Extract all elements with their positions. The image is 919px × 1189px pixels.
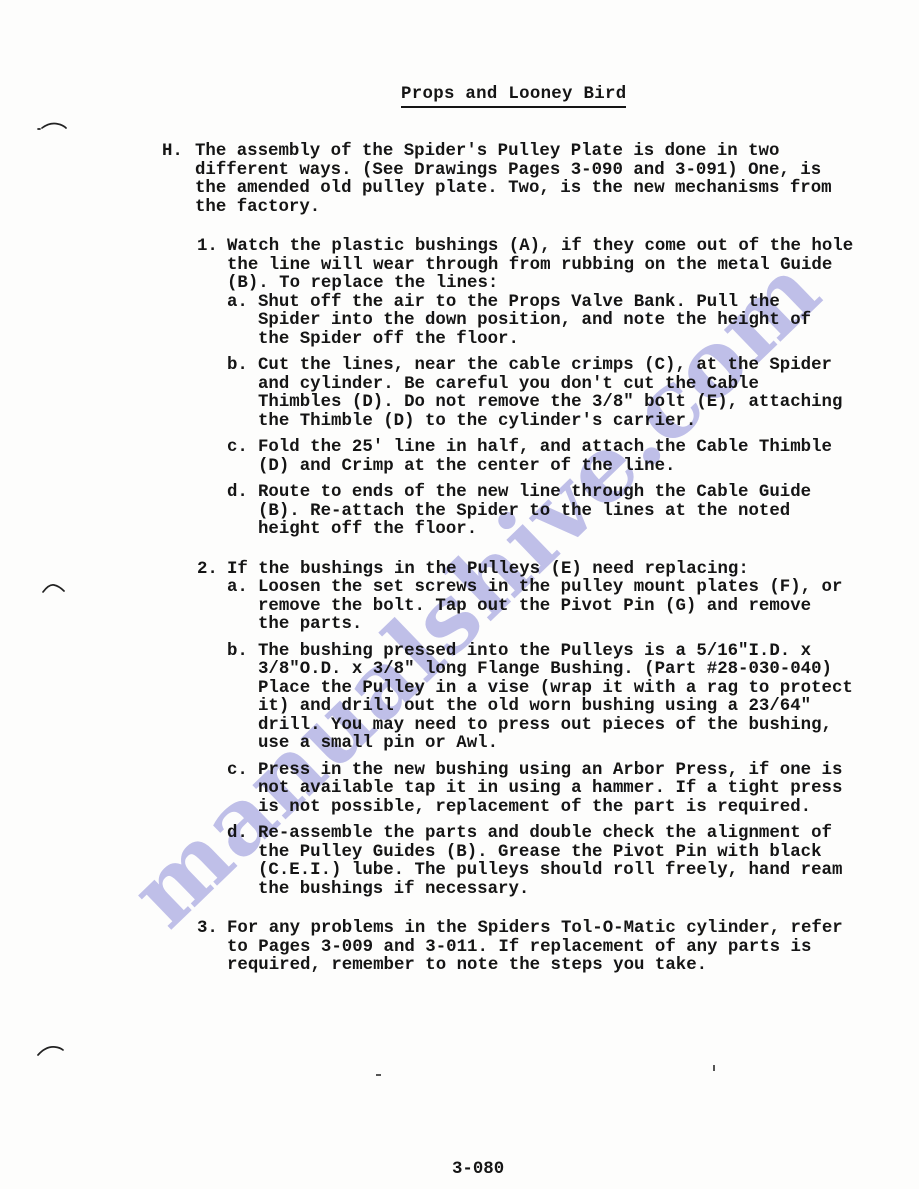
step-1: 1. Watch the plastic bushings (A), if th…: [197, 238, 882, 540]
step-1b: b. Cut the lines, near the cable crimps …: [227, 357, 882, 431]
step-1-label: 1.: [197, 238, 227, 257]
section-h: H. The assembly of the Spider's Pulley P…: [162, 143, 882, 217]
page-number: 3-080: [452, 1160, 504, 1179]
step-2-intro-row: 2. If the bushings in the Pulleys (E) ne…: [197, 561, 882, 580]
step-2a-label: a.: [227, 579, 258, 598]
step-1b-label: b.: [227, 357, 258, 376]
step-3: 3. For any problems in the Spiders Tol-O…: [197, 920, 882, 976]
step-2b-text: The bushing pressed into the Pulleys is …: [258, 643, 853, 754]
step-2d-label: d.: [227, 825, 258, 844]
step-1a: a. Shut off the air to the Props Valve B…: [227, 294, 882, 350]
step-2d: d. Re-assemble the parts and double chec…: [227, 825, 882, 899]
step-3-intro-text: For any problems in the Spiders Tol-O-Ma…: [227, 920, 843, 976]
step-2c: c. Press in the new bushing using an Arb…: [227, 762, 882, 818]
step-1b-text: Cut the lines, near the cable crimps (C)…: [258, 357, 842, 431]
step-2b: b. The bushing pressed into the Pulleys …: [227, 643, 882, 754]
step-2a: a. Loosen the set screws in the pulley m…: [227, 579, 882, 635]
step-2c-text: Press in the new bushing using an Arbor …: [258, 762, 842, 818]
step-1d-text: Route to ends of the new line through th…: [258, 484, 811, 540]
document-body: H. The assembly of the Spider's Pulley P…: [162, 143, 882, 976]
step-2a-text: Loosen the set screws in the pulley moun…: [258, 579, 842, 635]
pen-mark-icon: [42, 582, 66, 595]
step-1c-text: Fold the 25' line in half, and attach th…: [258, 439, 832, 476]
step-1a-label: a.: [227, 294, 258, 313]
step-1-intro-text: Watch the plastic bushings (A), if they …: [227, 238, 853, 294]
scan-speck: [713, 1065, 715, 1071]
pen-mark-icon: [37, 1043, 65, 1057]
step-1-intro-row: 1. Watch the plastic bushings (A), if th…: [197, 238, 882, 294]
step-1c-label: c.: [227, 439, 258, 458]
page-title: Props and Looney Bird: [401, 85, 626, 108]
step-2-label: 2.: [197, 561, 227, 580]
step-3-intro-row: 3. For any problems in the Spiders Tol-O…: [197, 920, 882, 976]
step-1d-label: d.: [227, 484, 258, 503]
scanned-manual-page: manualshive.com Props and Looney Bird H.…: [0, 0, 919, 1189]
step-2d-text: Re-assemble the parts and double check t…: [258, 825, 842, 899]
step-1d: d. Route to ends of the new line through…: [227, 484, 882, 540]
step-2c-label: c.: [227, 762, 258, 781]
section-h-text: The assembly of the Spider's Pulley Plat…: [195, 143, 832, 217]
step-1c: c. Fold the 25' line in half, and attach…: [227, 439, 882, 476]
pen-mark-icon: [36, 119, 68, 133]
section-h-label: H.: [162, 143, 195, 162]
step-1a-text: Shut off the air to the Props Valve Bank…: [258, 294, 811, 350]
step-2-intro-text: If the bushings in the Pulleys (E) need …: [227, 561, 749, 580]
step-2: 2. If the bushings in the Pulleys (E) ne…: [197, 561, 882, 900]
step-2b-label: b.: [227, 643, 258, 662]
scan-speck: [376, 1074, 381, 1076]
step-3-label: 3.: [197, 920, 227, 939]
